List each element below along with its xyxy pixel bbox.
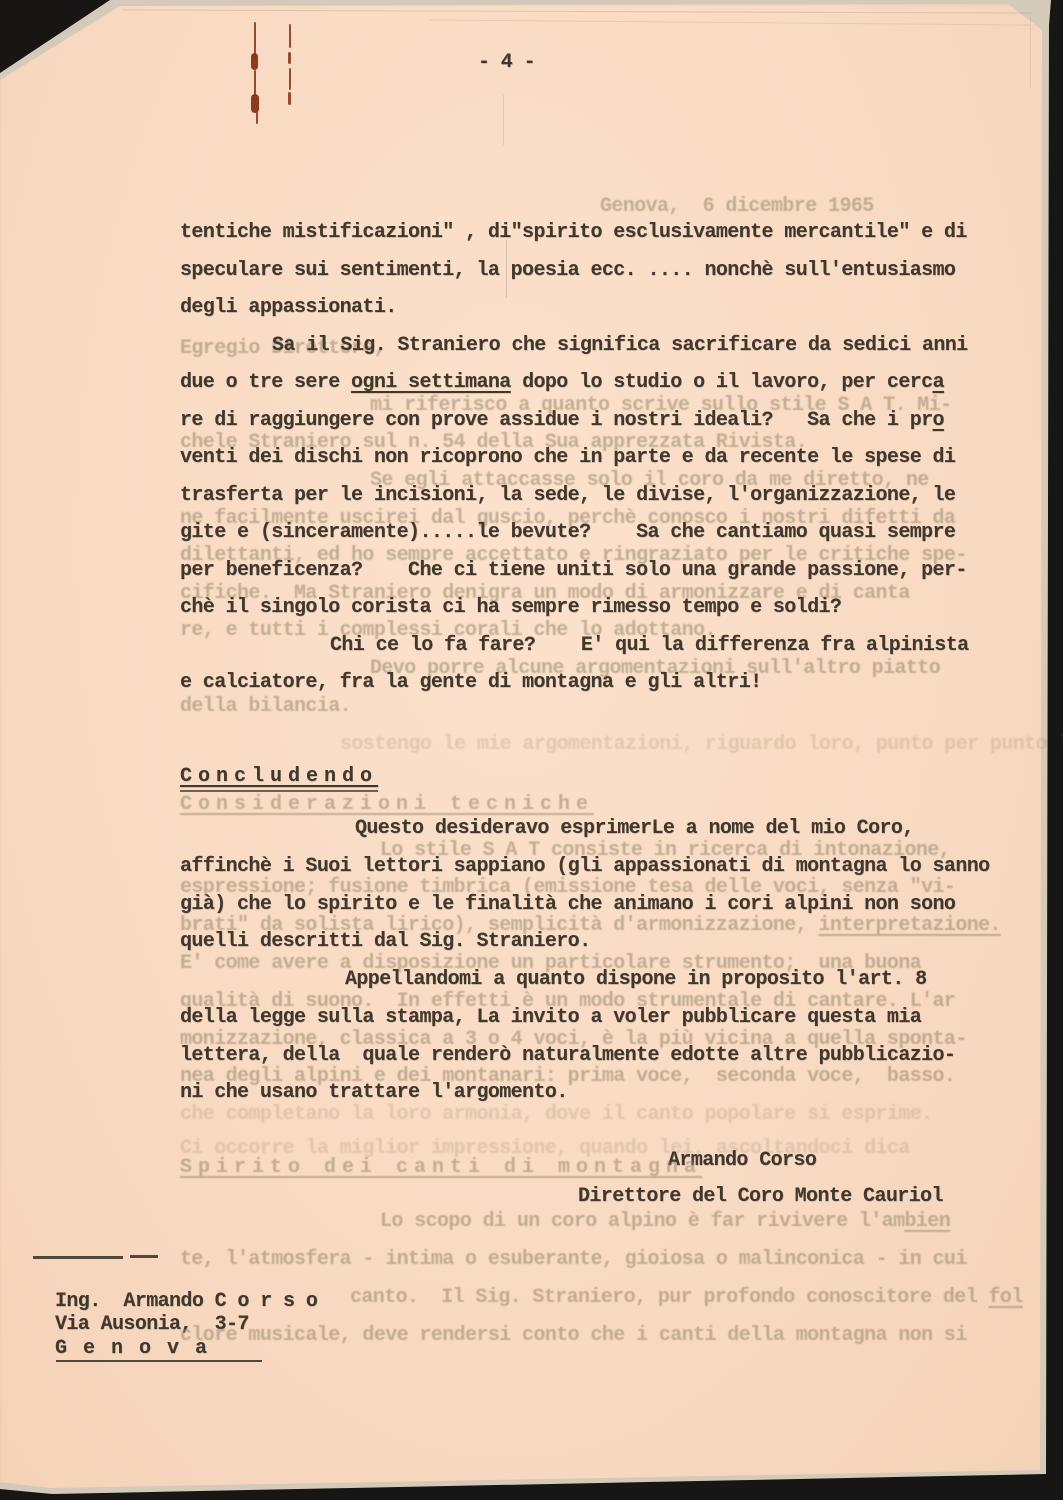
ghost-heading: Considerazioni tecniche: [180, 794, 594, 816]
body-line: della legge sulla stampa, La invito a vo…: [180, 1007, 921, 1029]
body-line: Sa il Sig. Straniero che significa sacri…: [272, 335, 968, 357]
ghost-date-line: Genova, 6 dicembre 1965: [600, 196, 874, 218]
body-line: quelli descritti dal Sig. Straniero.: [180, 931, 590, 953]
body-line: speculare sui sentimenti, la poesia ecc.…: [180, 260, 955, 282]
body-line: Chi ce lo fa fare? E' qui la differenza …: [330, 635, 969, 657]
body-line: trasferta per le incisioni, la sede, le …: [180, 485, 955, 507]
ghost-line: te, l'atmosfera - intima o esuberante, g…: [180, 1249, 967, 1271]
body-line: venti dei dischi non ricoprono che in pa…: [180, 447, 955, 469]
ghost-heading: Spirito dei canti di montagna: [180, 1157, 702, 1179]
ghost-line-faint: che completano la loro armonia, dove il …: [180, 1104, 933, 1126]
body-line: gite e (sinceramente).....le bevute? Sa …: [180, 522, 955, 544]
sender-city: G e n o v a: [55, 1338, 209, 1360]
body-line: e calciatore, fra la gente di montagna e…: [180, 672, 762, 694]
page-number: - 4 -: [478, 52, 535, 74]
body-line: affinchè i Suoi lettori sappiano (gli ap…: [180, 856, 990, 878]
ghost-line: Lo scopo di un coro alpino è far riviver…: [380, 1211, 950, 1233]
signature-title: Direttore del Coro Monte Cauriol: [578, 1186, 943, 1208]
body-line: Appellandomi a quanto dispone in proposi…: [345, 969, 927, 991]
body-line: re di raggiungere con prove assidue i no…: [180, 410, 944, 432]
ghost-line: canto. Il Sig. Straniero, pur profondo c…: [350, 1287, 1023, 1309]
body-line: tentiche mistificazioni" , di"spirito es…: [180, 222, 967, 244]
body-line: due o tre sere ogni settimana dopo lo st…: [180, 372, 944, 394]
section-heading: Concludendo: [180, 766, 378, 792]
body-line: degli appassionati.: [180, 297, 397, 319]
sender-name: Ing. Armando C o r s o: [55, 1291, 317, 1313]
body-line: ni che usano trattare l'argomento.: [180, 1082, 568, 1104]
body-line: già) che lo spirito e le finalità che an…: [180, 894, 955, 916]
scanned-letter-page: - 4 -Genova, 6 dicembre 1965tentiche mis…: [0, 0, 1063, 1500]
ghost-line-faint: sostengo le mie argomentazioni, riguardo…: [340, 734, 1063, 756]
body-line: per beneficenza? Che ci tiene uniti solo…: [180, 560, 967, 582]
body-line: chè il singolo corista ci ha sempre rime…: [180, 597, 841, 619]
text-layer: - 4 -Genova, 6 dicembre 1965tentiche mis…: [0, 0, 1063, 1500]
body-line: Questo desideravo esprimerLe a nome del …: [355, 818, 914, 840]
ghost-line: della bilancia.: [180, 696, 351, 718]
body-line: lettera, della quale renderò naturalment…: [180, 1045, 955, 1067]
ghost-line: clore musicale, deve rendersi conto che …: [180, 1325, 967, 1347]
